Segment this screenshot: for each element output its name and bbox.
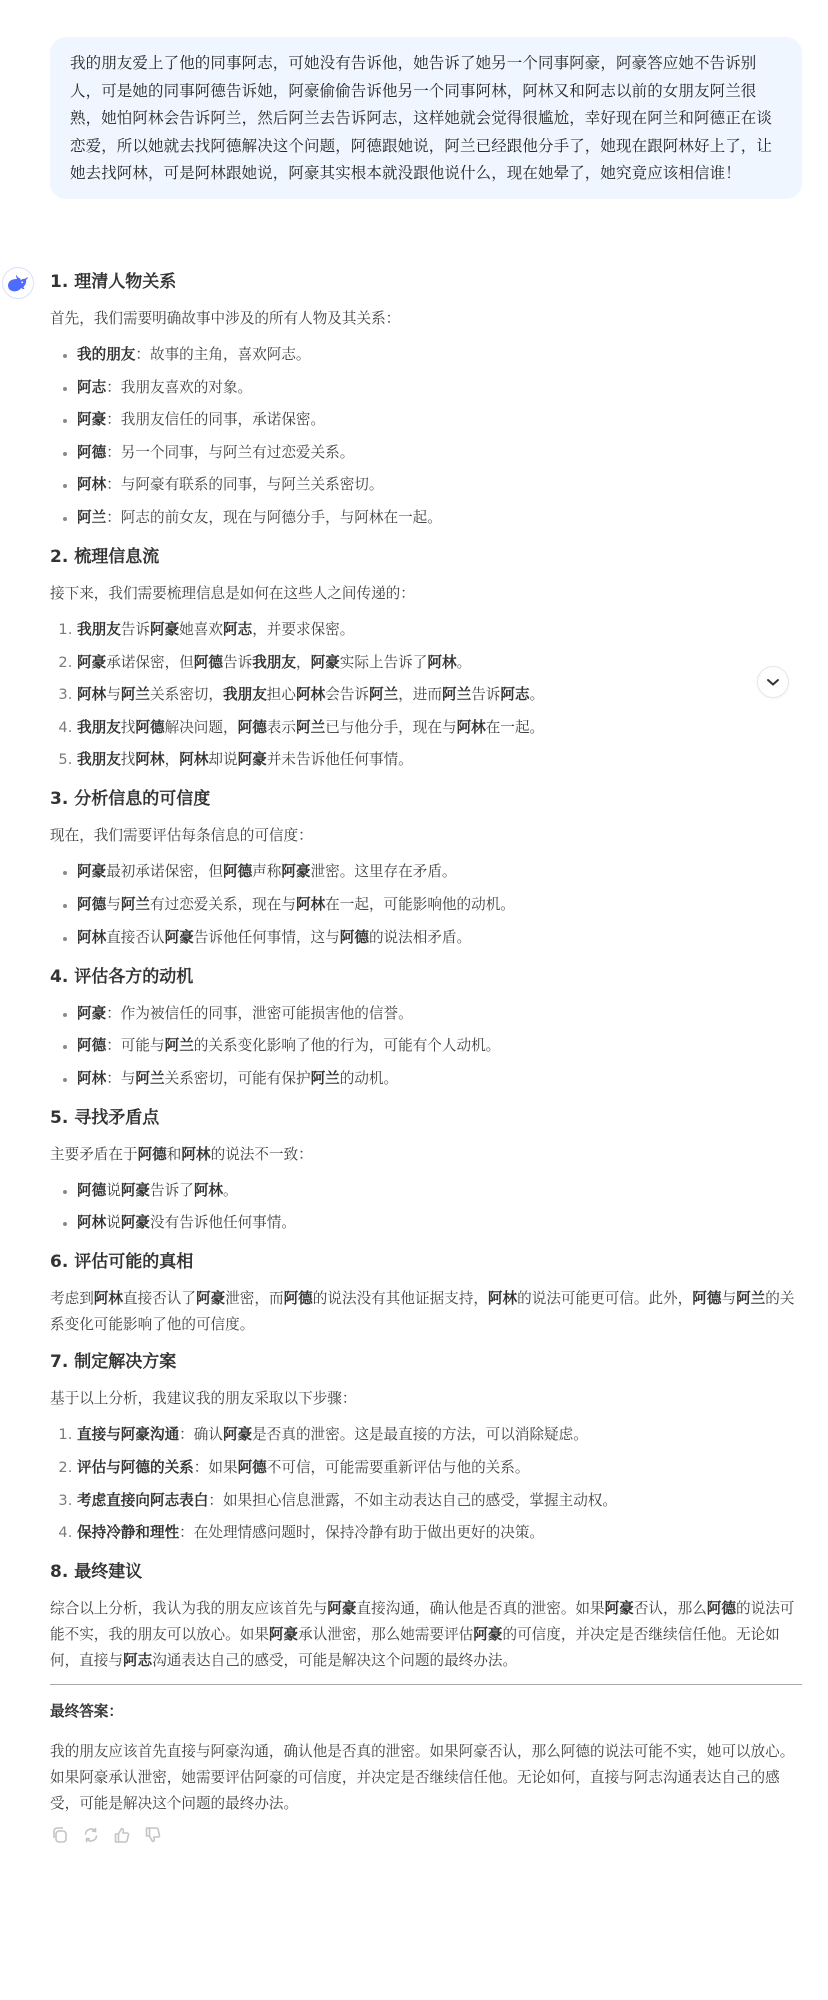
copy-button[interactable] (50, 1825, 70, 1845)
list-item: 阿豪最初承诺保密，但阿德声称阿豪泄密。这里存在矛盾。 (77, 859, 802, 885)
bold-name: 阿林 (77, 1214, 106, 1231)
bold-name: 阿兰 (135, 1070, 164, 1087)
bold-name: 考虑直接向阿志表白 (77, 1492, 208, 1509)
text-run: 泄密，而 (225, 1290, 283, 1307)
text-run: 不可信，可能需要重新评估与他的关系。 (267, 1459, 530, 1476)
bold-name: 阿豪 (196, 1290, 225, 1307)
answer-section: 4. 评估各方的动机阿豪：作为被信任的同事，泄密可能损害他的信誉。阿德：可能与阿… (50, 963, 802, 1092)
section-heading: 3. 分析信息的可信度 (50, 785, 802, 813)
list-item: 考虑直接向阿志表白：如果担心信息泄露，不如主动表达自己的感受，掌握主动权。 (77, 1488, 802, 1514)
list-item: 保持冷静和理性：在处理情感问题时，保持冷静有助于做出更好的决策。 (77, 1520, 802, 1546)
section-heading: 4. 评估各方的动机 (50, 963, 802, 991)
list-item: 阿志：我朋友喜欢的对象。 (77, 375, 802, 401)
bold-name: 阿德 (707, 1600, 736, 1617)
text-run: 在一起，可能影响他的动机。 (325, 896, 515, 913)
text-run: 实际上告诉了 (340, 654, 428, 671)
text-run: 与 (721, 1290, 736, 1307)
numbered-list: 我朋友告诉阿豪她喜欢阿志，并要求保密。阿豪承诺保密，但阿德告诉我朋友，阿豪实际上… (50, 617, 802, 773)
text-run: 已与他分手，现在与 (325, 719, 456, 736)
bold-name: 阿德 (223, 863, 252, 880)
text-run: 表示 (267, 719, 296, 736)
list-item: 阿德与阿兰有过恋爱关系，现在与阿林在一起，可能影响他的动机。 (77, 892, 802, 918)
text-run: ：作为被信任的同事，泄密可能损害他的信誉。 (106, 1005, 412, 1022)
list-item: 阿兰：阿志的前女友，现在与阿德分手，与阿林在一起。 (77, 505, 802, 531)
section-intro: 现在，我们需要评估每条信息的可信度： (50, 823, 802, 849)
whale-logo-icon (7, 274, 29, 292)
list-item: 我朋友告诉阿豪她喜欢阿志，并要求保密。 (77, 617, 802, 643)
final-answer-text: 我的朋友应该首先直接与阿豪沟通，确认他是否真的泄密。如果阿豪否认，那么阿德的说法… (50, 1739, 802, 1817)
answer-section: 6. 评估可能的真相考虑到阿林直接否认了阿豪泄密，而阿德的说法没有其他证据支持，… (50, 1248, 802, 1338)
section-intro: 基于以上分析，我建议我的朋友采取以下步骤： (50, 1386, 802, 1412)
text-run: ：我朋友信任的同事，承诺保密。 (106, 411, 325, 428)
bold-name: 阿林 (194, 1182, 223, 1199)
bold-name: 阿德 (77, 444, 106, 461)
bold-name: 阿德 (135, 719, 164, 736)
text-run: 担心 (267, 686, 296, 703)
user-message-text: 我的朋友爱上了他的同事阿志，可她没有告诉他，她告诉了她另一个同事阿豪，阿豪答应她… (70, 54, 772, 182)
bold-name: 阿志 (123, 1652, 152, 1669)
list-item: 阿林：与阿兰关系密切，可能有保护阿兰的动机。 (77, 1066, 802, 1092)
text-run: 综合以上分析，我认为我的朋友应该首先与 (50, 1600, 327, 1617)
text-run: 没有告诉他任何事情。 (150, 1214, 296, 1231)
bold-name: 阿德 (77, 1037, 106, 1054)
bold-name: 阿林 (135, 751, 164, 768)
text-run: 并未告诉他任何事情。 (267, 751, 413, 768)
answer-section: 7. 制定解决方案基于以上分析，我建议我的朋友采取以下步骤：直接与阿豪沟通：确认… (50, 1348, 802, 1546)
bold-name: 阿德 (284, 1290, 313, 1307)
final-answer-title: 最终答案： (50, 1699, 802, 1725)
bold-name: 评估与阿德的关系 (77, 1459, 194, 1476)
text-run: 找 (121, 751, 136, 768)
text-run: 关系密切， (150, 686, 223, 703)
section-heading: 6. 评估可能的真相 (50, 1248, 802, 1276)
list-item: 我朋友找阿德解决问题，阿德表示阿兰已与他分手，现在与阿林在一起。 (77, 715, 802, 741)
bold-name: 阿豪 (121, 1214, 150, 1231)
bold-name: 阿林 (179, 751, 208, 768)
answer-section: 5. 寻找矛盾点主要矛盾在于阿德和阿林的说法不一致：阿德说阿豪告诉了阿林。阿林说… (50, 1104, 802, 1237)
bold-name: 阿林 (77, 929, 106, 946)
bold-name: 阿德 (77, 896, 106, 913)
regenerate-button[interactable] (81, 1825, 101, 1845)
text-run: 说 (106, 1182, 121, 1199)
answer-section: 3. 分析信息的可信度现在，我们需要评估每条信息的可信度：阿豪最初承诺保密，但阿… (50, 785, 802, 950)
bold-name: 阿豪 (311, 654, 340, 671)
bold-name: 我朋友 (223, 686, 267, 703)
section-heading: 2. 梳理信息流 (50, 543, 802, 571)
text-run: 告诉他任何事情，这与 (194, 929, 340, 946)
text-run: ， (296, 654, 311, 671)
text-run: 关系密切，可能有保护 (165, 1070, 311, 1087)
list-item: 阿豪：作为被信任的同事，泄密可能损害他的信誉。 (77, 1001, 802, 1027)
text-run: ， (165, 751, 180, 768)
bold-name: 阿志 (77, 379, 106, 396)
text-run: 告诉 (121, 621, 150, 638)
text-run: 告诉 (471, 686, 500, 703)
bold-name: 阿豪 (150, 621, 179, 638)
section-heading: 7. 制定解决方案 (50, 1348, 802, 1376)
thumbs-up-icon (113, 1826, 131, 1844)
text-run: 考虑到 (50, 1290, 94, 1307)
scroll-to-bottom-button[interactable] (757, 666, 789, 698)
bold-name: 阿德 (340, 929, 369, 946)
section-paragraph: 考虑到阿林直接否认了阿豪泄密，而阿德的说法没有其他证据支持，阿林的说法可能更可信… (50, 1286, 802, 1338)
text-run: 泄密。这里存在矛盾。 (311, 863, 457, 880)
bullet-list: 阿豪最初承诺保密，但阿德声称阿豪泄密。这里存在矛盾。阿德与阿兰有过恋爱关系，现在… (50, 859, 802, 950)
list-item: 我的朋友：故事的主角，喜欢阿志。 (77, 342, 802, 368)
list-item: 阿德说阿豪告诉了阿林。 (77, 1178, 802, 1204)
bold-name: 阿德 (194, 654, 223, 671)
bold-name: 阿德 (138, 1146, 167, 1163)
bold-name: 阿志 (500, 686, 529, 703)
section-paragraph: 综合以上分析，我认为我的朋友应该首先与阿豪直接沟通，确认他是否真的泄密。如果阿豪… (50, 1596, 802, 1674)
section-paragraph: 主要矛盾在于阿德和阿林的说法不一致： (50, 1142, 802, 1168)
like-button[interactable] (112, 1825, 132, 1845)
bold-name: 阿林 (296, 896, 325, 913)
text-run: 承诺保密，但 (106, 654, 194, 671)
dislike-button[interactable] (143, 1825, 163, 1845)
bold-name: 阿豪 (269, 1626, 298, 1643)
text-run: 她喜欢 (179, 621, 223, 638)
bold-name: 阿林 (77, 1070, 106, 1087)
text-run: 找 (121, 719, 136, 736)
bold-name: 阿豪 (77, 654, 106, 671)
bold-name: 阿豪 (238, 751, 267, 768)
text-run: 告诉 (223, 654, 252, 671)
text-run: 主要矛盾在于 (50, 1146, 138, 1163)
text-run: 。 (223, 1182, 238, 1199)
numbered-list: 直接与阿豪沟通：确认阿豪是否真的泄密。这是最直接的方法，可以消除疑虑。评估与阿德… (50, 1422, 802, 1546)
list-item: 阿林直接否认阿豪告诉他任何事情，这与阿德的说法相矛盾。 (77, 925, 802, 951)
text-run: ，并要求保密。 (252, 621, 354, 638)
assistant-avatar (2, 267, 34, 299)
text-run: 的动机。 (340, 1070, 398, 1087)
assistant-answer: 1. 理清人物关系首先，我们需要明确故事中涉及的所有人物及其关系：我的朋友：故事… (50, 268, 802, 1845)
bold-name: 阿兰 (77, 509, 106, 526)
text-run: 承认泄密，那么她需要评估 (298, 1626, 473, 1643)
list-item: 阿德：另一个同事，与阿兰有过恋爱关系。 (77, 440, 802, 466)
bullet-list: 阿德说阿豪告诉了阿林。阿林说阿豪没有告诉他任何事情。 (50, 1178, 802, 1237)
text-run: 否认，那么 (634, 1600, 707, 1617)
bold-name: 阿兰 (165, 1037, 194, 1054)
bold-name: 阿林 (181, 1146, 210, 1163)
text-run: ：如果 (194, 1459, 238, 1476)
bold-name: 我朋友 (252, 654, 296, 671)
text-run: ：另一个同事，与阿兰有过恋爱关系。 (106, 444, 354, 461)
list-item: 评估与阿德的关系：如果阿德不可信，可能需要重新评估与他的关系。 (77, 1455, 802, 1481)
text-run: 会告诉 (325, 686, 369, 703)
bold-name: 直接与阿豪沟通 (77, 1426, 179, 1443)
chevron-down-icon (766, 677, 780, 687)
bold-name: 阿德 (238, 719, 267, 736)
bold-name: 阿德 (692, 1290, 721, 1307)
bold-name: 阿豪 (77, 411, 106, 428)
divider (50, 1684, 802, 1685)
text-run: ：确认 (179, 1426, 223, 1443)
bold-name: 阿德 (238, 1459, 267, 1476)
text-run: 在一起。 (486, 719, 544, 736)
text-run: 的说法可能更可信。此外， (517, 1290, 692, 1307)
bold-name: 我朋友 (77, 751, 121, 768)
bullet-list: 我的朋友：故事的主角，喜欢阿志。阿志：我朋友喜欢的对象。阿豪：我朋友信任的同事，… (50, 342, 802, 531)
list-item: 直接与阿豪沟通：确认阿豪是否真的泄密。这是最直接的方法，可以消除疑虑。 (77, 1422, 802, 1448)
text-run: 却说 (208, 751, 237, 768)
bold-name: 阿兰 (442, 686, 471, 703)
text-run: ：可能与 (106, 1037, 164, 1054)
text-run: 解决问题， (165, 719, 238, 736)
text-run: 直接否认 (106, 929, 164, 946)
answer-section: 8. 最终建议综合以上分析，我认为我的朋友应该首先与阿豪直接沟通，确认他是否真的… (50, 1558, 802, 1674)
list-item: 阿林与阿兰关系密切，我朋友担心阿林会告诉阿兰，进而阿兰告诉阿志。 (77, 682, 802, 708)
section-heading: 8. 最终建议 (50, 1558, 802, 1586)
section-heading: 1. 理清人物关系 (50, 268, 802, 296)
bold-name: 阿林 (94, 1290, 123, 1307)
bold-name: 阿豪 (77, 863, 106, 880)
bold-name: 阿豪 (77, 1005, 106, 1022)
bold-name: 阿豪 (473, 1626, 502, 1643)
bold-name: 阿林 (457, 719, 486, 736)
text-run: 沟通表达自己的感受，可能是解决这个问题的最终办法。 (152, 1652, 517, 1669)
text-run: 与 (106, 686, 121, 703)
bold-name: 阿德 (77, 1182, 106, 1199)
text-run: ：如果担心信息泄露，不如主动表达自己的感受，掌握主动权。 (208, 1492, 617, 1509)
text-run: 和 (167, 1146, 182, 1163)
bold-name: 阿兰 (369, 686, 398, 703)
bold-name: 阿豪 (327, 1600, 356, 1617)
bold-name: 阿兰 (121, 686, 150, 703)
section-intro: 接下来，我们需要梳理信息是如何在这些人之间传递的： (50, 581, 802, 607)
bold-name: 我朋友 (77, 621, 121, 638)
list-item: 阿豪：我朋友信任的同事，承诺保密。 (77, 407, 802, 433)
user-message-bubble: 我的朋友爱上了他的同事阿志，可她没有告诉他，她告诉了她另一个同事阿豪，阿豪答应她… (50, 37, 802, 199)
bold-name: 阿林 (296, 686, 325, 703)
bold-name: 阿兰 (736, 1290, 765, 1307)
text-run: 。 (530, 686, 545, 703)
answer-section: 2. 梳理信息流接下来，我们需要梳理信息是如何在这些人之间传递的：我朋友告诉阿豪… (50, 543, 802, 773)
bold-name: 保持冷静和理性 (77, 1524, 179, 1541)
text-run: 的说法不一致： (211, 1146, 313, 1163)
copy-icon (51, 1826, 69, 1844)
bold-name: 我朋友 (77, 719, 121, 736)
text-run: 有过恋爱关系，现在与 (150, 896, 296, 913)
text-run: 与 (106, 896, 121, 913)
text-run: 最初承诺保密，但 (106, 863, 223, 880)
bold-name: 阿兰 (121, 896, 150, 913)
text-run: 是否真的泄密。这是最直接的方法，可以消除疑虑。 (252, 1426, 588, 1443)
text-run: 。 (457, 654, 472, 671)
answer-section: 1. 理清人物关系首先，我们需要明确故事中涉及的所有人物及其关系：我的朋友：故事… (50, 268, 802, 531)
text-run: ：故事的主角，喜欢阿志。 (135, 346, 310, 363)
text-run: ，进而 (398, 686, 442, 703)
bold-name: 阿林 (427, 654, 456, 671)
text-run: 的说法没有其他证据支持， (313, 1290, 488, 1307)
list-item: 阿德：可能与阿兰的关系变化影响了他的行为，可能有个人动机。 (77, 1033, 802, 1059)
text-run: 直接否认了 (123, 1290, 196, 1307)
section-intro: 首先，我们需要明确故事中涉及的所有人物及其关系： (50, 306, 802, 332)
list-item: 阿林：与阿豪有联系的同事，与阿兰关系密切。 (77, 472, 802, 498)
bold-name: 阿豪 (605, 1600, 634, 1617)
text-run: 说 (106, 1214, 121, 1231)
bold-name: 阿兰 (311, 1070, 340, 1087)
text-run: 告诉了 (150, 1182, 194, 1199)
list-item: 阿豪承诺保密，但阿德告诉我朋友，阿豪实际上告诉了阿林。 (77, 650, 802, 676)
section-heading: 5. 寻找矛盾点 (50, 1104, 802, 1132)
bold-name: 阿林 (77, 686, 106, 703)
bold-name: 阿豪 (165, 929, 194, 946)
text-run: ：与阿豪有联系的同事，与阿兰关系密切。 (106, 476, 383, 493)
answer-sections: 1. 理清人物关系首先，我们需要明确故事中涉及的所有人物及其关系：我的朋友：故事… (50, 268, 802, 1674)
bullet-list: 阿豪：作为被信任的同事，泄密可能损害他的信誉。阿德：可能与阿兰的关系变化影响了他… (50, 1001, 802, 1092)
bold-name: 阿林 (488, 1290, 517, 1307)
bold-name: 阿兰 (296, 719, 325, 736)
text-run: ：在处理情感问题时，保持冷静有助于做出更好的决策。 (179, 1524, 544, 1541)
text-run: 的关系变化影响了他的行为，可能有个人动机。 (194, 1037, 500, 1054)
list-item: 我朋友找阿林，阿林却说阿豪并未告诉他任何事情。 (77, 747, 802, 773)
text-run: ：阿志的前女友，现在与阿德分手，与阿林在一起。 (106, 509, 442, 526)
bold-name: 阿志 (223, 621, 252, 638)
text-run: 声称 (252, 863, 281, 880)
text-run: 直接沟通，确认他是否真的泄密。如果 (357, 1600, 605, 1617)
thumbs-down-icon (144, 1826, 162, 1844)
text-run: ：我朋友喜欢的对象。 (106, 379, 252, 396)
bold-name: 我的朋友 (77, 346, 135, 363)
bold-name: 阿豪 (223, 1426, 252, 1443)
text-run: ：与 (106, 1070, 135, 1087)
list-item: 阿林说阿豪没有告诉他任何事情。 (77, 1210, 802, 1236)
bold-name: 阿豪 (121, 1182, 150, 1199)
bold-name: 阿林 (77, 476, 106, 493)
regenerate-icon (82, 1826, 100, 1844)
text-run: 的说法相矛盾。 (369, 929, 471, 946)
bold-name: 阿豪 (281, 863, 310, 880)
message-actions (50, 1825, 802, 1845)
